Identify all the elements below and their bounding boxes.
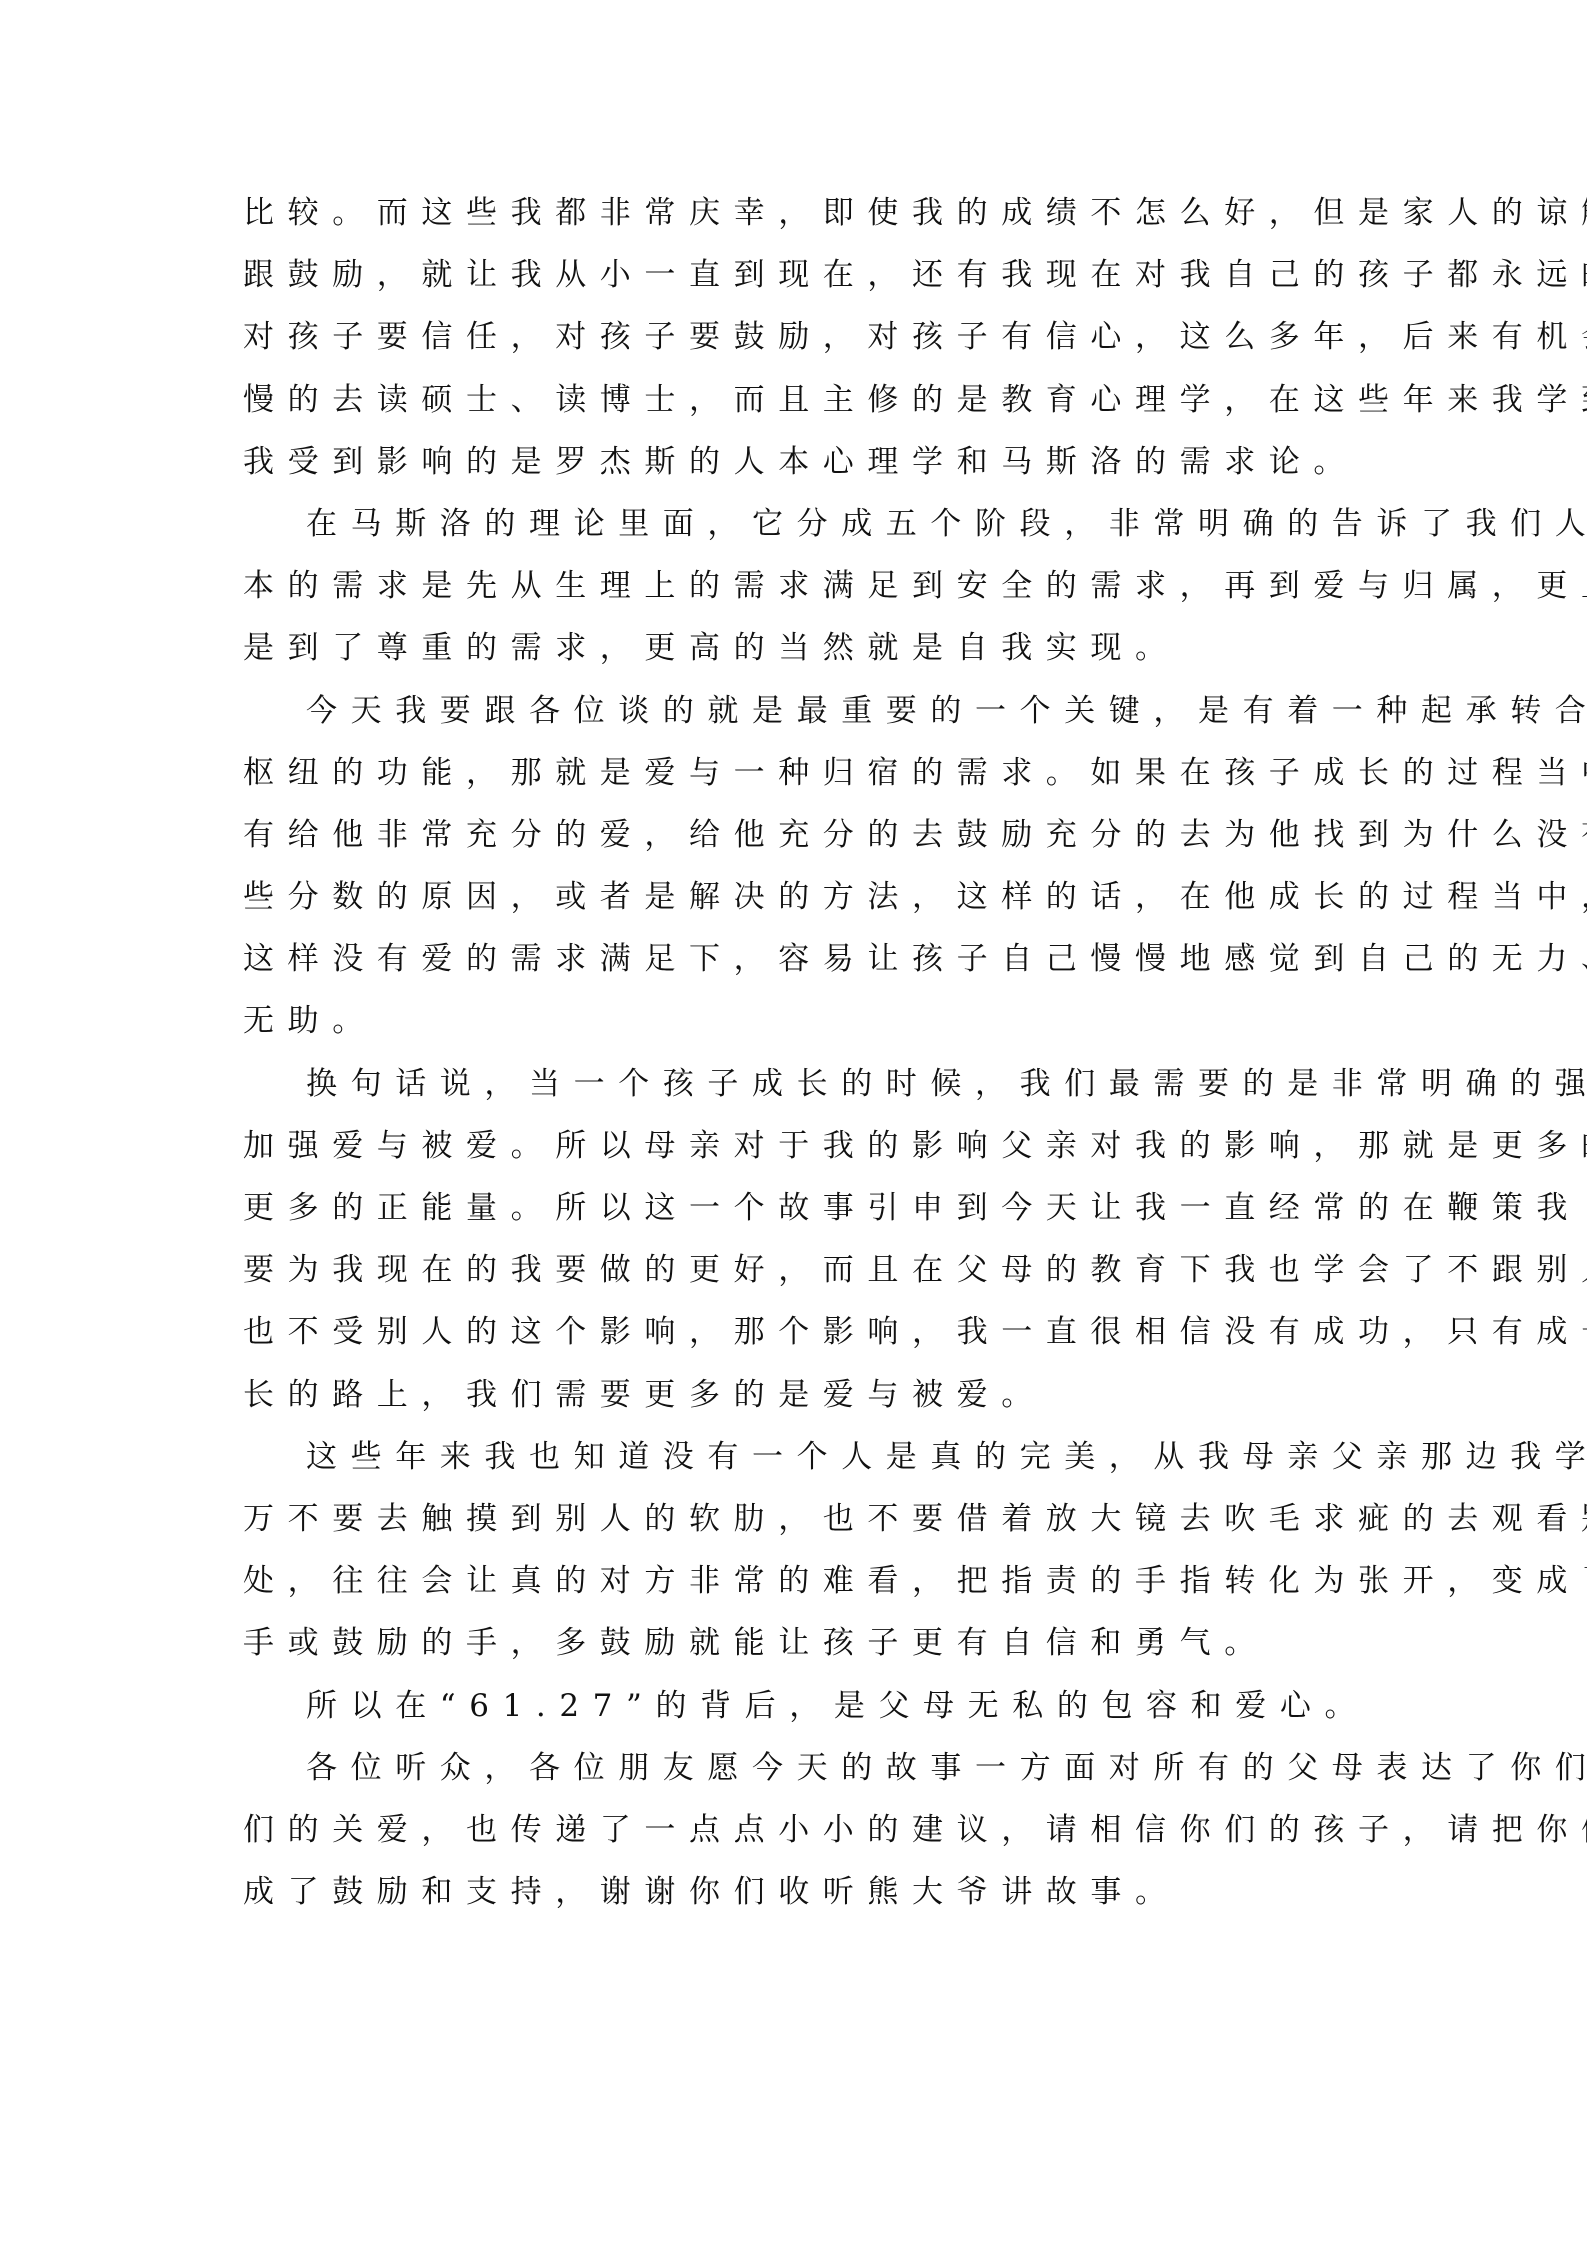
text-line: 枢纽的功能，那就是爱与一种归宿的需求。如果在孩子成长的过程当中，你没	[243, 750, 1333, 812]
text-line: 手或鼓励的手，多鼓励就能让孩子更有自信和勇气。	[243, 1620, 1333, 1682]
text-line: 是到了尊重的需求，更高的当然就是自我实现。	[243, 625, 1333, 687]
text-line: 处，往往会让真的对方非常的难看，把指责的手指转化为张开，变成了援助的	[243, 1558, 1333, 1620]
text-line: 们的关爱，也传递了一点点小小的建议，请相信你们的孩子，请把你们的爱变	[243, 1807, 1333, 1869]
paragraph: 比较。而这些我都非常庆幸，即使我的成绩不怎么好，但是家人的谅解、安慰 跟鼓励，就…	[243, 190, 1333, 501]
text-line: 跟鼓励，就让我从小一直到现在，还有我现在对我自己的孩子都永远的记住，	[243, 252, 1333, 314]
text-line: 所以在“61.27”的背后，是父母无私的包容和爱心。	[243, 1683, 1333, 1745]
body-text: 比较。而这些我都非常庆幸，即使我的成绩不怎么好，但是家人的谅解、安慰 跟鼓励，就…	[243, 190, 1333, 1931]
text-line: 些分数的原因，或者是解决的方法，这样的话，在他成长的过程当中，他对于	[243, 874, 1333, 936]
paragraph: 各位听众，各位朋友愿今天的故事一方面对所有的父母表达了你们对孩子 们的关爱，也传…	[243, 1745, 1333, 1932]
text-line: 在马斯洛的理论里面，它分成五个阶段，非常明确的告诉了我们人的最基	[243, 501, 1333, 563]
document-page: 比较。而这些我都非常庆幸，即使我的成绩不怎么好，但是家人的谅解、安慰 跟鼓励，就…	[0, 0, 1587, 2245]
paragraph: 所以在“61.27”的背后，是父母无私的包容和爱心。	[243, 1683, 1333, 1745]
text-line: 加强爱与被爱。所以母亲对于我的影响父亲对我的影响，那就是更多的是激励	[243, 1123, 1333, 1185]
text-line: 无助。	[243, 998, 1333, 1060]
text-line: 比较。而这些我都非常庆幸，即使我的成绩不怎么好，但是家人的谅解、安慰	[243, 190, 1333, 252]
text-line: 本的需求是先从生理上的需求满足到安全的需求，再到爱与归属，更上去的就	[243, 563, 1333, 625]
text-line: 换句话说，当一个孩子成长的时候，我们最需要的是非常明确的强烈的是，	[243, 1061, 1333, 1123]
text-line: 这样没有爱的需求满足下，容易让孩子自己慢慢地感觉到自己的无力、无能、	[243, 936, 1333, 998]
text-line: 我受到影响的是罗杰斯的人本心理学和马斯洛的需求论。	[243, 439, 1333, 501]
text-line: 也不受别人的这个影响，那个影响，我一直很相信没有成功，只有成长。在成	[243, 1309, 1333, 1371]
paragraph: 换句话说，当一个孩子成长的时候，我们最需要的是非常明确的强烈的是， 加强爱与被爱…	[243, 1061, 1333, 1434]
text-line: 长的路上，我们需要更多的是爱与被爱。	[243, 1372, 1333, 1434]
text-line: 更多的正能量。所以这一个故事引申到今天让我一直经常的在鞭策我自己，我	[243, 1185, 1333, 1247]
text-line: 各位听众，各位朋友愿今天的故事一方面对所有的父母表达了你们对孩子	[243, 1745, 1333, 1807]
text-line: 有给他非常充分的爱，给他充分的去鼓励充分的去为他找到为什么没有达到一	[243, 812, 1333, 874]
text-line: 这些年来我也知道没有一个人是真的完美，从我母亲父亲那边我学习到千	[243, 1434, 1333, 1496]
text-line: 对孩子要信任，对孩子要鼓励，对孩子有信心，这么多年，后来有机会慢慢慢	[243, 314, 1333, 376]
text-line: 慢的去读硕士、读博士，而且主修的是教育心理学，在这些年来我学到了最让	[243, 377, 1333, 439]
paragraph: 这些年来我也知道没有一个人是真的完美，从我母亲父亲那边我学习到千 万不要去触摸到…	[243, 1434, 1333, 1683]
text-line: 万不要去触摸到别人的软肋，也不要借着放大镜去吹毛求疵的去观看别人的短	[243, 1496, 1333, 1558]
text-line: 成了鼓励和支持，谢谢你们收听熊大爷讲故事。	[243, 1869, 1333, 1931]
text-line: 今天我要跟各位谈的就是最重要的一个关键，是有着一种起承转合的一种	[243, 688, 1333, 750]
paragraph: 今天我要跟各位谈的就是最重要的一个关键，是有着一种起承转合的一种 枢纽的功能，那…	[243, 688, 1333, 1061]
paragraph: 在马斯洛的理论里面，它分成五个阶段，非常明确的告诉了我们人的最基 本的需求是先从…	[243, 501, 1333, 688]
text-line: 要为我现在的我要做的更好，而且在父母的教育下我也学会了不跟别人攀比，	[243, 1247, 1333, 1309]
